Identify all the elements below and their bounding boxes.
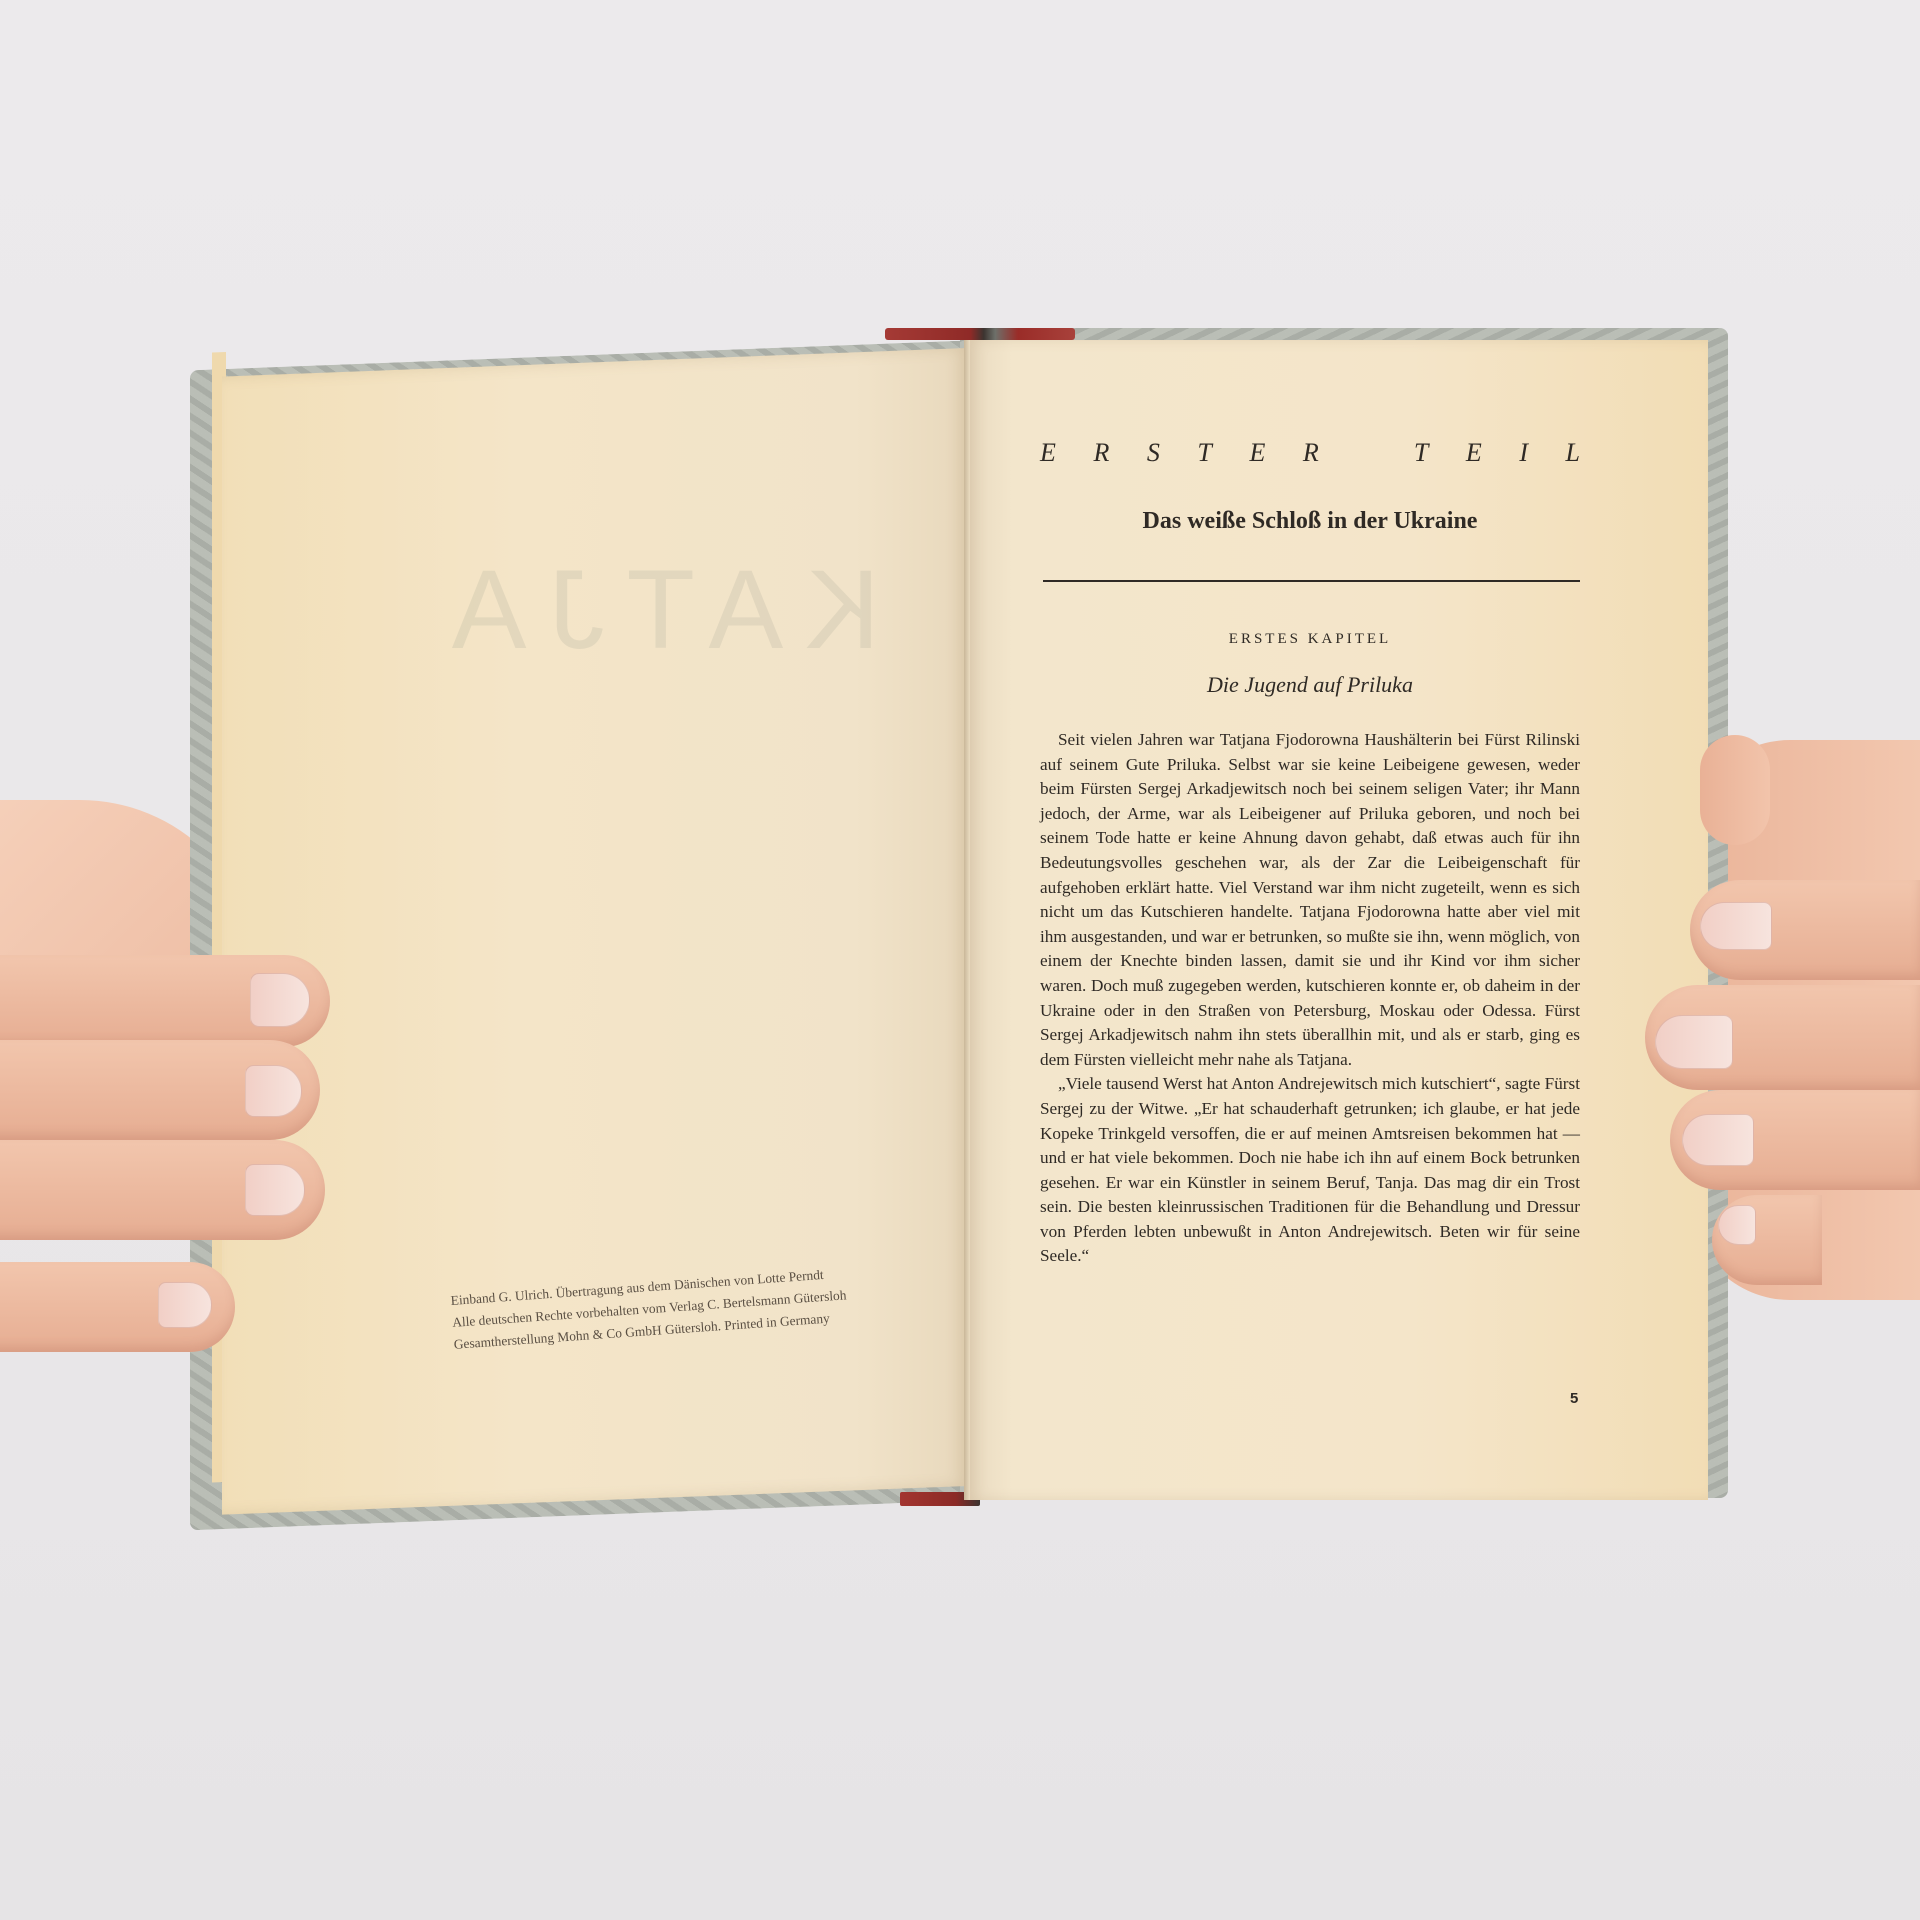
chapter-title: Die Jugend auf Priluka [1040, 672, 1580, 698]
part-letter: E [1040, 438, 1056, 468]
part-letter: R [1303, 438, 1319, 468]
heading-rule [1043, 580, 1580, 582]
fingernail [1655, 1015, 1733, 1069]
part-letter: I [1519, 438, 1528, 468]
left-index-finger [0, 955, 330, 1047]
left-ring-finger [0, 1140, 325, 1240]
part-letter: E [1466, 438, 1482, 468]
paragraph: „Viele tausend Werst hat Anton Andrejewi… [1040, 1072, 1580, 1269]
part-letter: R [1093, 438, 1109, 468]
show-through-author [470, 455, 810, 469]
right-middle-finger [1645, 985, 1920, 1090]
right-thumb [1700, 735, 1770, 845]
paragraph: Seit vielen Jahren war Tatjana Fjodorown… [1040, 728, 1580, 1072]
word-gap [1356, 438, 1376, 468]
page-number: 5 [1570, 1390, 1578, 1407]
part-letter: T [1197, 438, 1211, 468]
left-middle-finger [0, 1040, 320, 1140]
fingernail [1682, 1114, 1754, 1166]
body-text: Seit vielen Jahren war Tatjana Fjodorown… [1040, 728, 1580, 1269]
part-title: Das weiße Schloß in der Ukraine [1040, 508, 1580, 535]
left-little-finger [0, 1262, 235, 1352]
fingernail [1718, 1205, 1756, 1245]
right-little-finger [1712, 1195, 1822, 1285]
book-gutter [964, 340, 970, 1500]
part-heading: E R S T E R T E I L [1040, 438, 1580, 468]
right-ring-finger [1670, 1090, 1920, 1190]
part-letter: L [1566, 438, 1580, 468]
book-photo: KATJA Einband G. Ulrich. Übertragung aus… [0, 0, 1920, 1920]
chapter-label: ERSTES KAPITEL [1040, 631, 1580, 648]
part-letter: T [1414, 438, 1428, 468]
part-letter: E [1249, 438, 1265, 468]
part-letter: S [1147, 438, 1160, 468]
fingernail [245, 1164, 305, 1216]
show-through-title: KATJA [440, 545, 880, 674]
fingernail [245, 1065, 302, 1117]
fingernail [250, 973, 310, 1027]
spine-headband-top [885, 328, 1075, 340]
right-index-finger [1690, 880, 1920, 980]
fingernail [158, 1282, 212, 1328]
fingernail [1700, 902, 1772, 950]
